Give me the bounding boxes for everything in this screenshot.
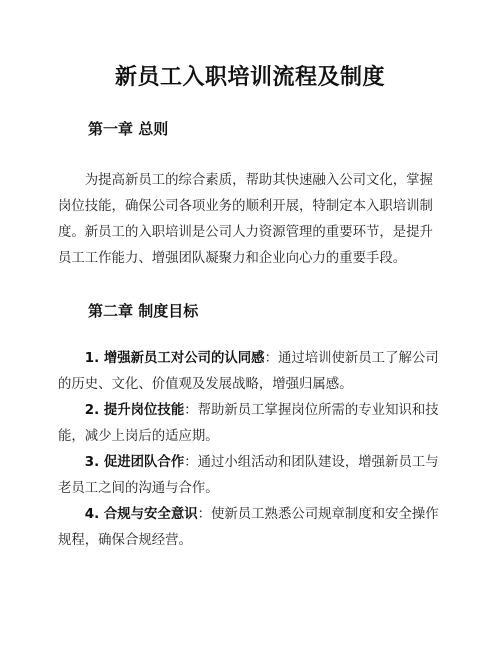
list-item: 2. 提升岗位技能：帮助新员工掌握岗位所需的专业知识和技能，减少上岗后的适应期。 (58, 398, 444, 450)
document-page: 新员工入职培训流程及制度 第一章 总则 为提高新员工的综合素质，帮助其快速融入公… (0, 0, 500, 647)
list-item: 1. 增强新员工对公司的认同感：通过培训使新员工了解公司的历史、文化、价值观及发… (58, 346, 444, 398)
chapter-2-heading: 第二章 制度目标 (88, 300, 198, 321)
list-item: 4. 合规与安全意识：使新员工熟悉公司规章制度和安全操作规程，确保合规经营。 (58, 502, 444, 554)
chapter-1-heading: 第一章 总则 (88, 118, 168, 139)
chapter-2-list: 1. 增强新员工对公司的认同感：通过培训使新员工了解公司的历史、文化、价值观及发… (58, 346, 444, 554)
chapter-1-body: 为提高新员工的综合素质，帮助其快速融入公司文化，掌握岗位技能，确保公司各项业务的… (58, 168, 444, 272)
list-item: 3. 促进团队合作：通过小组活动和团队建设，增强新员工与老员工之间的沟通与合作。 (58, 450, 444, 502)
document-title: 新员工入职培训流程及制度 (0, 60, 500, 91)
chapter-1-paragraph: 为提高新员工的综合素质，帮助其快速融入公司文化，掌握岗位技能，确保公司各项业务的… (58, 168, 444, 272)
